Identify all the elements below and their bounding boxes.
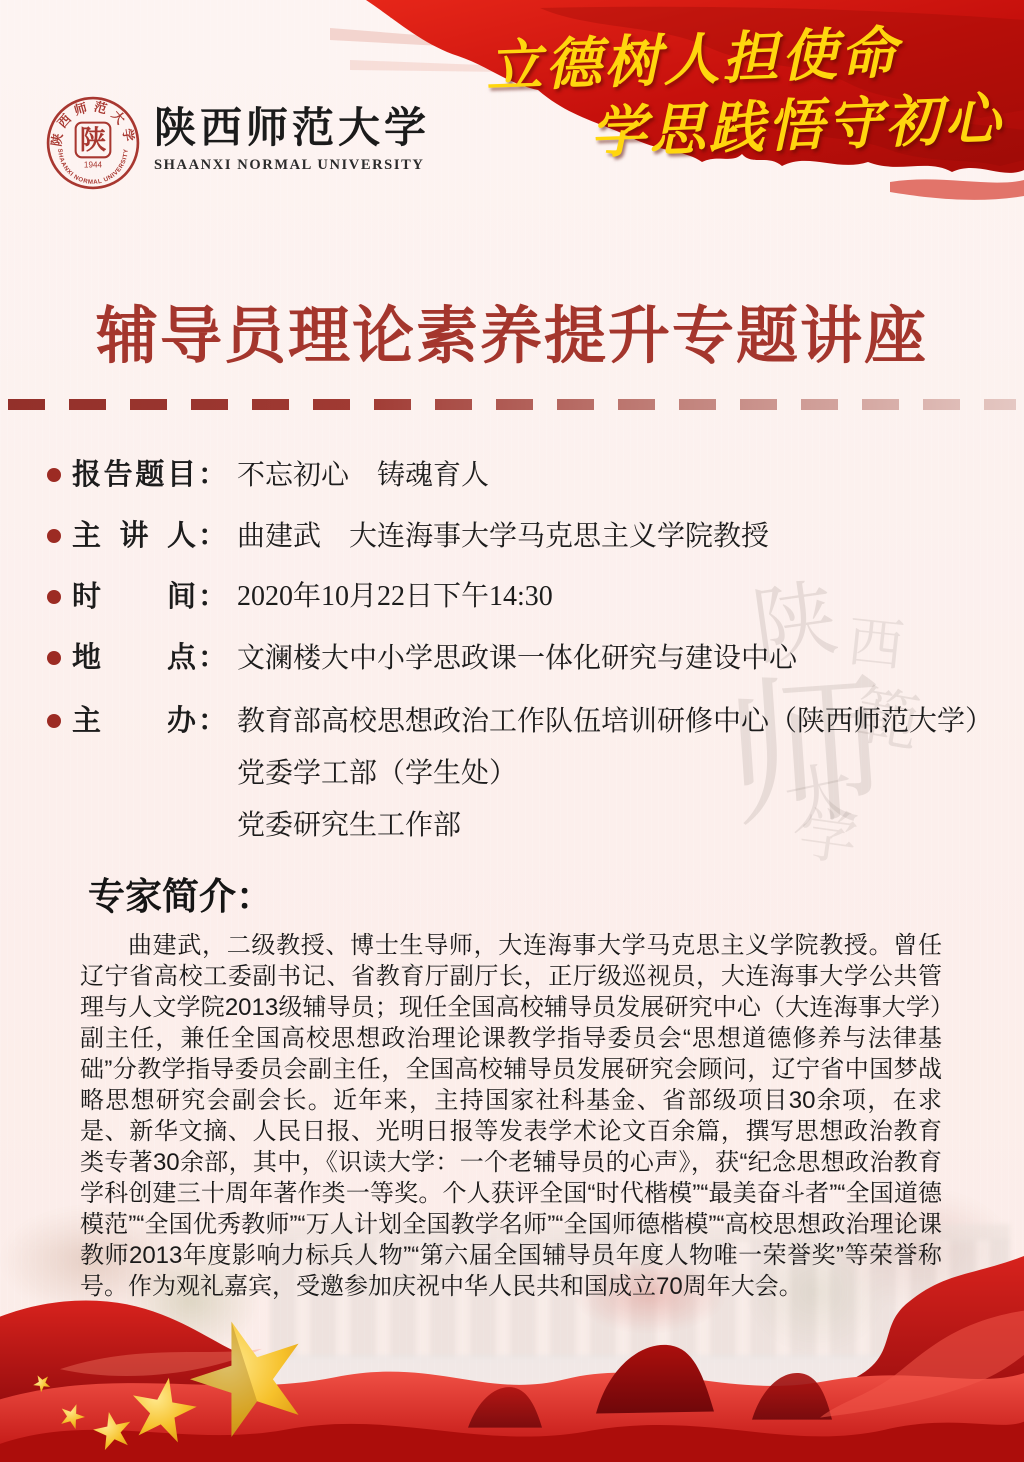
info-line: 教育部高校思想政治工作队伍培训研修中心（陕西师范大学） bbox=[237, 702, 993, 740]
university-name-block: 陕西师范大学 SHAANXI NORMAL UNIVERSITY bbox=[154, 94, 430, 174]
university-name-cn: 陕西师范大学 bbox=[154, 108, 430, 150]
info-row-location: 地点 ： 文澜楼大中小学思政课一体化研究与建设中心 bbox=[72, 639, 1008, 677]
expert-bio-paragraph: 曲建武，二级教授、博士生导师，大连海事大学马克思主义学院教授。曾任辽宁省高校工委… bbox=[80, 930, 942, 1302]
university-seal-icon: 陕西师范大学 陕 1944 SHAANXI NORMAL UNIVERSITY bbox=[44, 94, 142, 192]
info-line: 文澜楼大中小学思政课一体化研究与建设中心 bbox=[237, 639, 797, 677]
info-label: 报告题目 bbox=[72, 456, 196, 494]
banner-calligraphy-line2: 学思践悟守初心 bbox=[589, 75, 1005, 169]
info-colon: ： bbox=[198, 456, 227, 494]
bullet-dot-icon bbox=[47, 590, 61, 604]
bullet-dot-icon bbox=[47, 651, 61, 665]
info-label: 主办 bbox=[72, 702, 196, 740]
info-colon: ： bbox=[198, 702, 227, 740]
info-label: 主讲人 bbox=[72, 517, 196, 555]
info-label: 地点 bbox=[72, 639, 196, 677]
info-row-time: 时间 ： 2020年10月22日下午14:30 bbox=[72, 578, 1008, 616]
silk-crest bbox=[596, 1345, 714, 1414]
dashed-divider bbox=[8, 399, 1016, 410]
expert-intro-heading: 专家简介： bbox=[88, 866, 273, 920]
seal-year: 1944 bbox=[84, 161, 103, 170]
info-colon: ： bbox=[198, 639, 227, 677]
red-silk-footer bbox=[0, 1250, 1024, 1462]
info-line: 党委学工部（学生处） bbox=[237, 754, 993, 792]
info-label: 时间 bbox=[72, 578, 196, 616]
bullet-dot-icon bbox=[47, 468, 61, 482]
info-line: 不忘初心 铸魂育人 bbox=[237, 456, 489, 494]
university-name-en: SHAANXI NORMAL UNIVERSITY bbox=[154, 157, 430, 174]
poster-page: 陕 西 师 範 大 学 立德树人担使命 学思践悟守初心 bbox=[0, 0, 1024, 1462]
poster-title: 辅导员理论素养提升专题讲座 bbox=[0, 286, 1024, 375]
info-line: 2020年10月22日下午14:30 bbox=[237, 578, 553, 616]
silk-crest bbox=[752, 1373, 832, 1420]
info-row-topic: 报告题目 ： 不忘初心 铸魂育人 bbox=[72, 456, 1008, 494]
info-line: 曲建武 大连海事大学马克思主义学院教授 bbox=[237, 517, 769, 555]
info-value: 不忘初心 铸魂育人 bbox=[237, 456, 489, 494]
info-colon: ： bbox=[198, 578, 227, 616]
info-row-speaker: 主讲人 ： 曲建武 大连海事大学马克思主义学院教授 bbox=[72, 517, 1008, 555]
bullet-dot-icon bbox=[47, 714, 61, 728]
info-value: 教育部高校思想政治工作队伍培训研修中心（陕西师范大学） 党委学工部（学生处） 党… bbox=[237, 702, 993, 858]
info-value: 2020年10月22日下午14:30 bbox=[237, 578, 553, 616]
bullet-dot-icon bbox=[47, 529, 61, 543]
info-row-organizer: 主办 ： 教育部高校思想政治工作队伍培训研修中心（陕西师范大学） 党委学工部（学… bbox=[72, 702, 1008, 858]
seal-emblem-char: 陕 bbox=[80, 125, 107, 155]
info-line: 党委研究生工作部 bbox=[237, 806, 993, 844]
info-value: 曲建武 大连海事大学马克思主义学院教授 bbox=[237, 517, 769, 555]
university-logo: 陕西师范大学 陕 1944 SHAANXI NORMAL UNIVERSITY … bbox=[44, 94, 430, 192]
brush-tail-streak bbox=[890, 179, 1024, 199]
info-colon: ： bbox=[198, 517, 227, 555]
info-value: 文澜楼大中小学思政课一体化研究与建设中心 bbox=[237, 639, 797, 677]
